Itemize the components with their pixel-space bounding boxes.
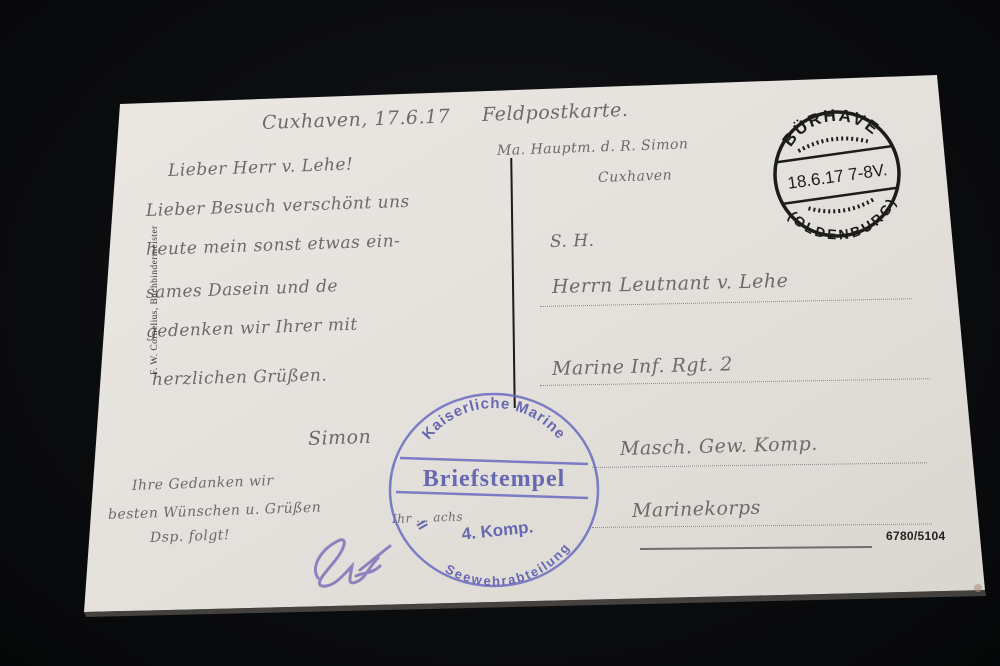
stamp-side-mark: II [413,518,431,533]
stamp-arc-bottom: Seewehrabteilung [443,540,573,588]
postmark-stamp: BÜRHAVE (OLDENBURG) 18.6.17 7-8V. [752,104,922,244]
svg-text:(OLDENBURG): (OLDENBURG) [785,195,899,242]
recipient-line: Marinekorps [632,497,761,522]
catalog-number: 6780/5104 [886,529,945,543]
stamp-center-text: Briefstempel [423,466,566,492]
svg-text:BÜRHAVE: BÜRHAVE [779,106,884,150]
message-signature: Simon [308,426,372,450]
recipient-line: S. H. [550,231,595,252]
postcard: Cuxhaven, 17.6.17 Feldpostkarte. Lieber … [0,0,1000,666]
postmark-town: BÜRHAVE [779,106,884,150]
postmark-region: (OLDENBURG) [785,195,899,242]
svg-text:Seewehrabteilung: Seewehrabteilung [443,540,573,588]
postmark-date: 18.6.17 7-8V. [786,160,888,193]
postscript-line: Dsp. folgt! [150,527,231,546]
sender-line: Cuxhaven [598,167,673,186]
svg-text:Kaiserliche Marine: Kaiserliche Marine [419,395,569,443]
publisher-imprint: F. W. Cornelius, Buchbindermeister [150,225,160,375]
stamp-arc-top: Kaiserliche Marine [419,395,569,443]
stamp-company: 4. Komp. [461,517,534,543]
kaiserliche-marine-stamp: Kaiserliche Marine Briefstempel 4. Komp.… [382,388,602,588]
